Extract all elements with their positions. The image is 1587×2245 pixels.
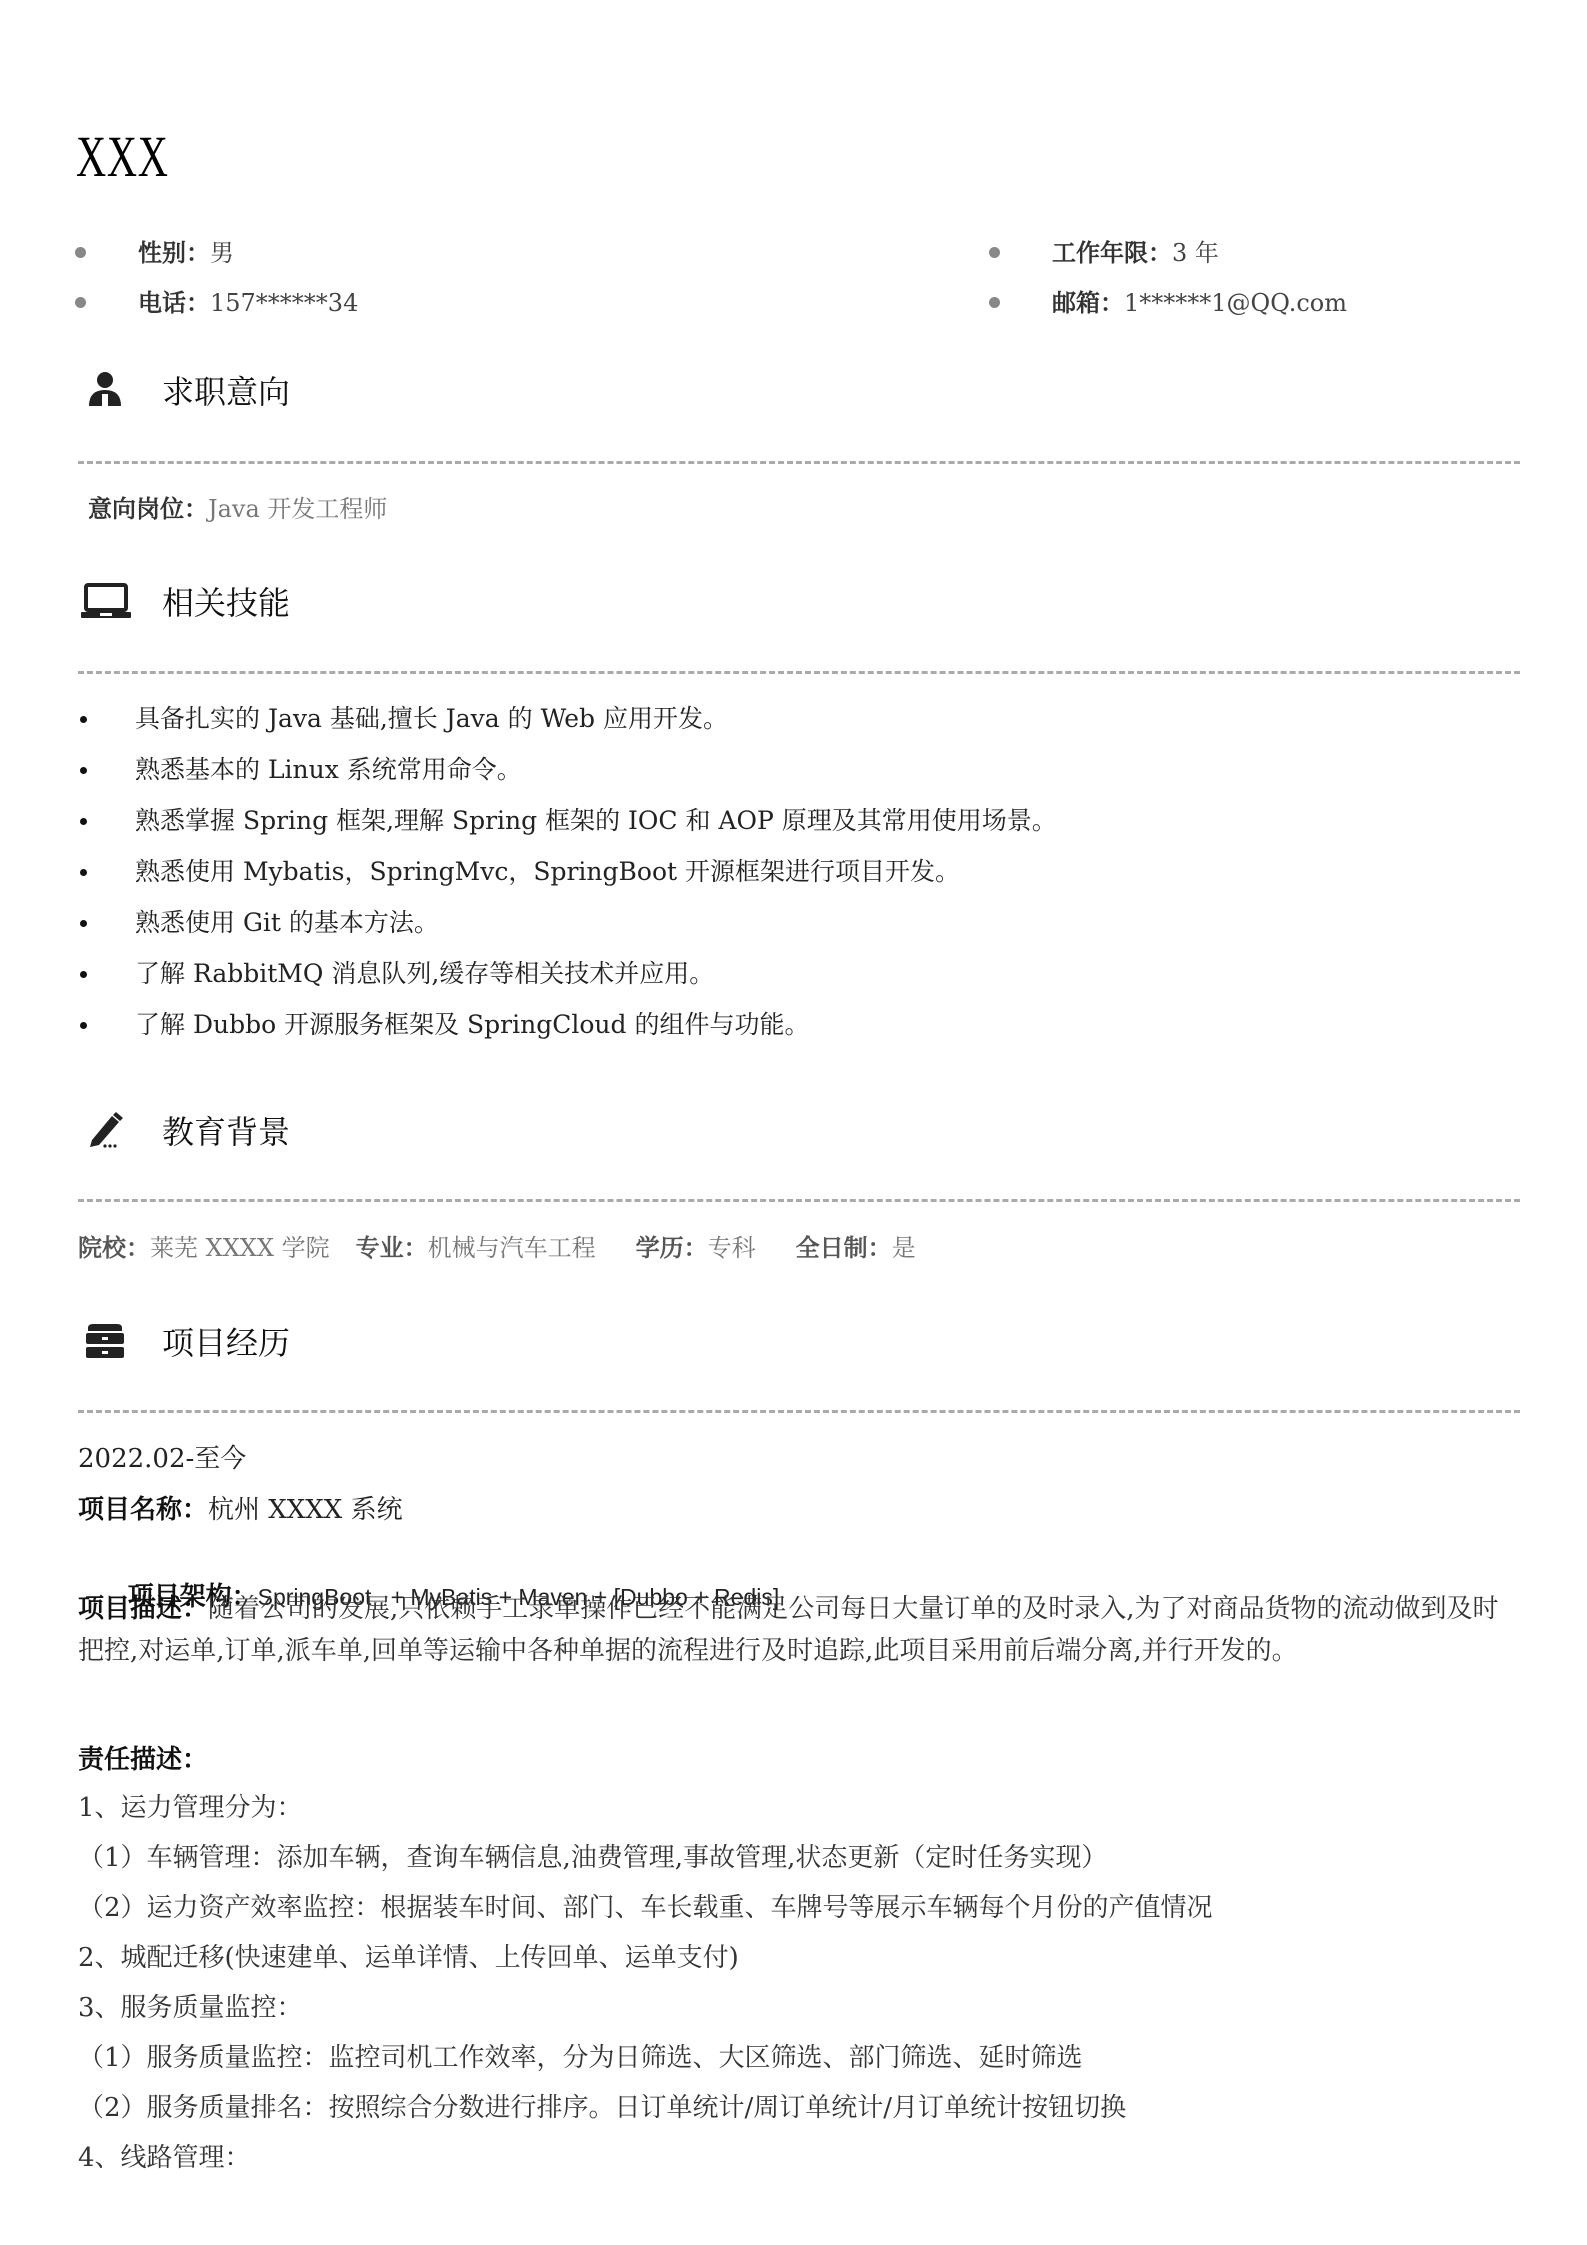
edu-fulltime-value: 是 <box>892 1234 916 1262</box>
skill-item: 熟悉基本的 Linux 系统常用命令。 <box>135 753 522 787</box>
section-divider <box>78 1199 1520 1202</box>
intent-label: 意向岗位： <box>88 494 208 523</box>
resp-label: 责任描述： <box>78 1745 208 1775</box>
section-divider <box>78 1410 1520 1413</box>
responsibility-line: （1）服务质量监控：监控司机工作效率，分为日筛选、大区筛选、部门筛选、延时筛选 <box>78 2040 1083 2076</box>
responsibility-line: （1）车辆管理：添加车辆，查询车辆信息,油费管理,事故管理,状态更新（定时任务实… <box>78 1840 1107 1876</box>
edu-fulltime-label: 全日制： <box>796 1233 892 1262</box>
section-title: 项目经历 <box>162 1323 290 1363</box>
user-icon <box>86 370 124 408</box>
info-label: 邮箱： <box>1052 288 1124 317</box>
intent-position: 意向岗位：Java 开发工程师 <box>88 492 387 526</box>
info-value: 3 年 <box>1172 239 1219 267</box>
info-phone: 电话：157******34 <box>138 286 358 320</box>
edu-major-label: 专业： <box>356 1233 428 1262</box>
info-value: 男 <box>210 239 234 267</box>
project-desc-label: 项目描述： <box>78 1594 208 1624</box>
project-desc-value: 随着公司的发展,只依赖手工录单操作已经不能满足公司每日大量订单的及时录入,为了对… <box>78 1594 1499 1666</box>
info-label: 工作年限： <box>1052 238 1172 267</box>
edu-degree-label: 学历： <box>636 1233 708 1262</box>
bullet-dot-icon <box>80 767 87 774</box>
section-divider <box>78 671 1520 674</box>
skill-item: 了解 RabbitMQ 消息队列,缓存等相关技术并应用。 <box>135 957 714 991</box>
bullet-dot-icon <box>80 869 87 876</box>
responsibility-line: 1、运力管理分为： <box>78 1790 303 1826</box>
bullet-dot-icon <box>75 247 86 258</box>
bullet-dot-icon <box>80 920 87 927</box>
section-title: 求职意向 <box>162 372 290 412</box>
bullet-dot-icon <box>80 1022 87 1029</box>
edu-degree-value: 专科 <box>708 1234 756 1262</box>
project-name: 项目名称：杭州 XXXX 系统 <box>78 1492 403 1528</box>
project-name-label: 项目名称： <box>78 1495 208 1525</box>
skill-item: 了解 Dubbo 开源服务框架及 SpringCloud 的组件与功能。 <box>135 1008 809 1042</box>
bullet-dot-icon <box>75 297 86 308</box>
responsibility-line: （2）运力资产效率监控：根据装车时间、部门、车长载重、车牌号等展示车辆每个月份的… <box>78 1890 1213 1926</box>
edu-school-value: 莱芜 XXXX 学院 <box>150 1234 330 1262</box>
bullet-dot-icon <box>989 247 1000 258</box>
project-period: 2022.02-至今 <box>78 1441 246 1477</box>
bullet-dot-icon <box>80 716 87 723</box>
pencil-icon <box>86 1110 124 1148</box>
section-title: 相关技能 <box>162 583 290 623</box>
project-description: 项目描述：随着公司的发展,只依赖手工录单操作已经不能满足公司每日大量订单的及时录… <box>78 1588 1518 1672</box>
bullet-dot-icon <box>80 818 87 825</box>
responsibility-line: 4、线路管理： <box>78 2140 251 2176</box>
responsibility-heading: 责任描述： <box>78 1742 208 1778</box>
info-email: 邮箱：1******1@QQ.com <box>1052 286 1347 320</box>
bullet-dot-icon <box>989 297 1000 308</box>
info-value: 157******34 <box>210 289 358 317</box>
info-label: 电话： <box>138 288 210 317</box>
skill-item: 熟悉使用 Git 的基本方法。 <box>135 906 439 940</box>
education-details: 院校：莱芜 XXXX 学院专业：机械与汽车工程学历：专科全日制：是 <box>78 1231 916 1265</box>
skill-item: 具备扎实的 Java 基础,擅长 Java 的 Web 应用开发。 <box>135 702 728 736</box>
info-gender: 性别：男 <box>138 236 234 270</box>
project-name-value: 杭州 XXXX 系统 <box>208 1495 403 1525</box>
section-divider <box>78 461 1520 464</box>
info-value: 1******1@QQ.com <box>1124 289 1347 317</box>
skill-item: 熟悉使用 Mybatis，SpringMvc，SpringBoot 开源框架进行… <box>135 855 960 889</box>
resume-name: XXX <box>76 122 169 192</box>
edu-major-value: 机械与汽车工程 <box>428 1234 596 1262</box>
responsibility-line: （2）服务质量排名：按照综合分数进行排序。日订单统计/周订单统计/月订单统计按钮… <box>78 2090 1126 2126</box>
server-icon <box>84 1322 126 1360</box>
responsibility-line: 3、服务质量监控： <box>78 1990 303 2026</box>
edu-school-label: 院校： <box>78 1233 150 1262</box>
info-work-years: 工作年限：3 年 <box>1052 236 1219 270</box>
responsibility-line: 2、城配迁移(快速建单、运单详情、上传回单、运单支付) <box>78 1940 739 1976</box>
section-title: 教育背景 <box>162 1112 290 1152</box>
info-label: 性别： <box>138 238 210 267</box>
skill-item: 熟悉掌握 Spring 框架,理解 Spring 框架的 IOC 和 AOP 原… <box>135 804 1057 838</box>
bullet-dot-icon <box>80 971 87 978</box>
intent-value: Java 开发工程师 <box>208 495 387 523</box>
laptop-icon <box>80 582 132 620</box>
